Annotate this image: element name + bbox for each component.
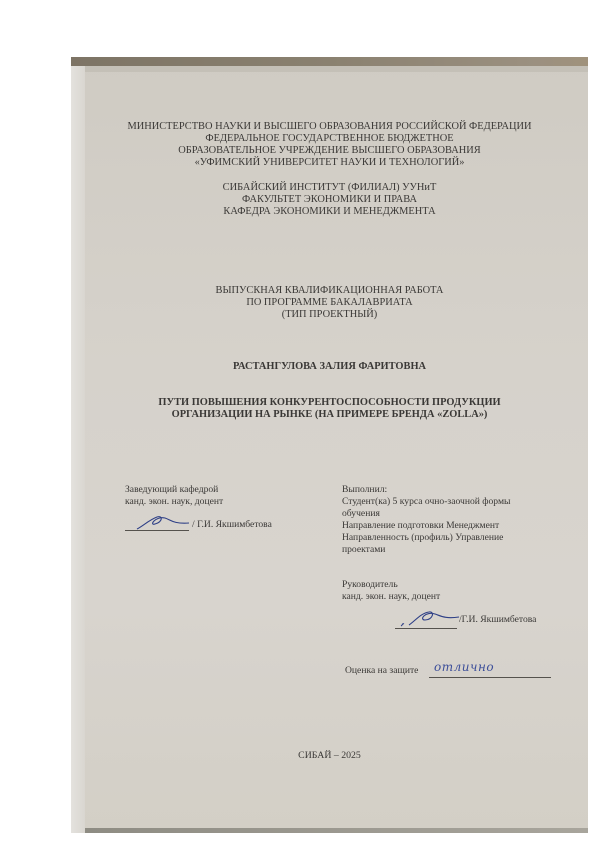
supervisor-role: Руководитель xyxy=(342,579,398,591)
photo-top-edge xyxy=(71,57,588,66)
author-name: РАСТАНГУЛОВА ЗАЛИЯ ФАРИТОВНА xyxy=(71,361,588,373)
head-name: / Г.И. Якшимбетова xyxy=(192,519,272,531)
faculty-line: ФАКУЛЬТЕТ ЭКОНОМИКИ И ПРАВА xyxy=(71,194,588,206)
study-profile: Направленность (профиль) Управление xyxy=(342,532,503,544)
city-year: СИБАЙ – 2025 xyxy=(71,750,588,762)
type-line: (ТИП ПРОЕКТНЫЙ) xyxy=(71,309,588,321)
ministry-line: МИНИСТЕРСТВО НАУКИ И ВЫСШЕГО ОБРАЗОВАНИЯ… xyxy=(71,121,588,133)
work-type-line: ВЫПУСКНАЯ КВАЛИФИКАЦИОННАЯ РАБОТА xyxy=(71,285,588,297)
photo-top-shadow xyxy=(85,66,588,72)
student-study-form: обучения xyxy=(342,508,380,520)
head-signature-icon xyxy=(133,512,193,532)
study-direction: Направление подготовки Менеджмент xyxy=(342,520,499,532)
thesis-title-line-1: ПУТИ ПОВЫШЕНИЯ КОНКУРЕНТОСПОСОБНОСТИ ПРО… xyxy=(71,397,588,409)
supervisor-name: /Г.И. Якшимбетова xyxy=(459,614,536,626)
university-line: «УФИМСКИЙ УНИВЕРСИТЕТ НАУКИ И ТЕХНОЛОГИЙ… xyxy=(71,157,588,169)
student-course: Студент(ка) 5 курса очно-заочной формы xyxy=(342,496,510,508)
head-degree: канд. экон. наук, доцент xyxy=(125,496,223,508)
institution-line: ОБРАЗОВАТЕЛЬНОЕ УЧРЕЖДЕНИЕ ВЫСШЕГО ОБРАЗ… xyxy=(71,145,588,157)
federal-line: ФЕДЕРАЛЬНОЕ ГОСУДАРСТВЕННОЕ БЮДЖЕТНОЕ xyxy=(71,133,588,145)
department-line: КАФЕДРА ЭКОНОМИКИ И МЕНЕДЖМЕНТА xyxy=(71,206,588,218)
institute-line: СИБАЙСКИЙ ИНСТИТУТ (ФИЛИАЛ) УУНиТ xyxy=(71,182,588,194)
head-role: Заведующий кафедрой xyxy=(125,484,218,496)
grade-value: отлично xyxy=(434,660,494,674)
supervisor-signature-icon xyxy=(399,607,461,629)
grade-line xyxy=(429,677,551,678)
document-photo: МИНИСТЕРСТВО НАУКИ И ВЫСШЕГО ОБРАЗОВАНИЯ… xyxy=(71,57,588,833)
photo-bottom-edge xyxy=(85,828,588,833)
performed-label: Выполнил: xyxy=(342,484,387,496)
program-line: ПО ПРОГРАММЕ БАКАЛАВРИАТА xyxy=(71,297,588,309)
grade-label: Оценка на защите xyxy=(345,665,418,677)
supervisor-degree: канд. экон. наук, доцент xyxy=(342,591,440,603)
thesis-title-line-2: ОРГАНИЗАЦИИ НА РЫНКЕ (НА ПРИМЕРЕ БРЕНДА … xyxy=(71,409,588,421)
study-profile-cont: проектами xyxy=(342,544,385,556)
